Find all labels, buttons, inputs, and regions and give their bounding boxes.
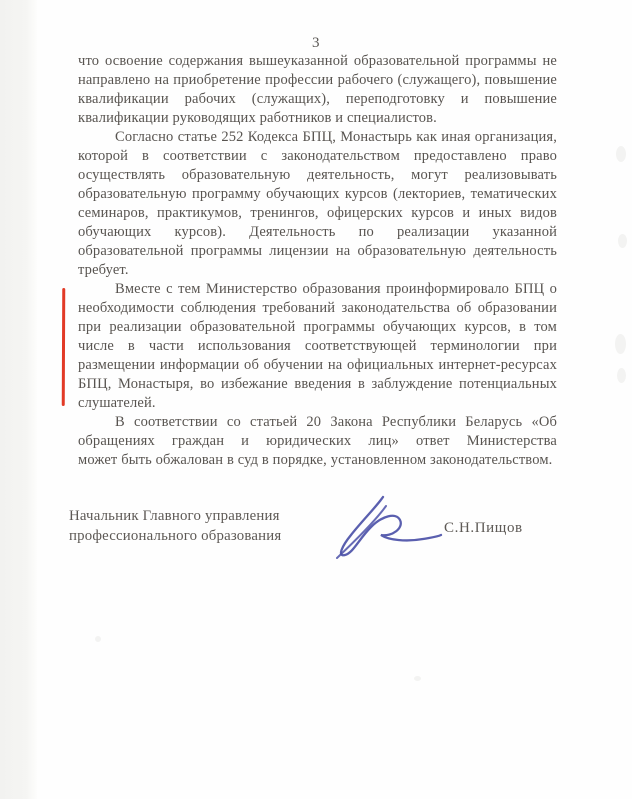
paragraph-marked: Вместе с тем Министерство образования пр… (78, 280, 557, 413)
scan-smudge (618, 234, 627, 248)
text-line: БПЦ, Монастыря, во избежание введения в … (78, 375, 557, 394)
red-margin-mark (62, 288, 66, 406)
text-line: которой в соответствии с законодательств… (78, 147, 557, 166)
scan-edge-shadow (0, 0, 37, 799)
signatory-title-line1: Начальник Главного управления (69, 506, 281, 526)
text-line: осуществлять образовательную деятельност… (78, 166, 557, 185)
text-line: размещении информации об обучении на офи… (78, 356, 557, 375)
scan-smudge (617, 368, 626, 383)
text-line: слушателей. (78, 394, 557, 413)
text-line: обращениях граждан и юридических лиц» от… (78, 432, 557, 451)
paragraph: Согласно статье 252 Кодекса БПЦ, Монасты… (78, 128, 557, 280)
text-line: что освоение содержания вышеуказанной об… (78, 52, 557, 71)
scanned-document-page: 3 что освоение содержания вышеуказанной … (0, 0, 632, 799)
text-line: образовательной программы лицензии на об… (78, 242, 557, 261)
scan-smudge (616, 146, 626, 162)
text-line: при реализации образовательной программы… (78, 318, 557, 337)
text-line: может быть обжалован в суд в порядке, ус… (78, 451, 557, 470)
text-line: обучающих курсов). Деятельность по реали… (78, 223, 557, 242)
scan-smudge (414, 676, 421, 681)
text-line: направлено на приобретение профессии раб… (78, 71, 557, 90)
text-line: квалификации рабочих (служащих), перепод… (78, 90, 557, 109)
page-number: 3 (0, 35, 632, 52)
text-line: Согласно статье 252 Кодекса БПЦ, Монасты… (78, 128, 557, 147)
signature-cross-stroke (337, 506, 386, 558)
document-body: что освоение содержания вышеуказанной об… (78, 52, 557, 470)
scan-smudge (615, 334, 626, 354)
text-line: семинаров, практикумов, тренингов, офице… (78, 204, 557, 223)
text-line: Вместе с тем Министерство образования пр… (78, 280, 557, 299)
scan-smudge (95, 636, 101, 642)
text-line: необходимости соблюдения требований зако… (78, 299, 557, 318)
text-line: требует. (78, 261, 557, 280)
text-line: квалификации руководящих работников и сп… (78, 109, 557, 128)
signatory-title-line2: профессионального образования (69, 526, 281, 546)
signatory-name: С.Н.Пищов (444, 520, 523, 537)
paragraph: В соответствии со статьей 20 Закона Респ… (78, 413, 557, 470)
signature-main-stroke (341, 497, 441, 555)
signatory-title: Начальник Главного управления профессион… (69, 506, 281, 546)
text-line: числе в части использования соответствую… (78, 337, 557, 356)
text-line: образовательную программу обучающих курс… (78, 185, 557, 204)
handwritten-signature (326, 491, 446, 566)
paragraph: что освоение содержания вышеуказанной об… (78, 52, 557, 128)
text-line: В соответствии со статьей 20 Закона Респ… (78, 413, 557, 432)
